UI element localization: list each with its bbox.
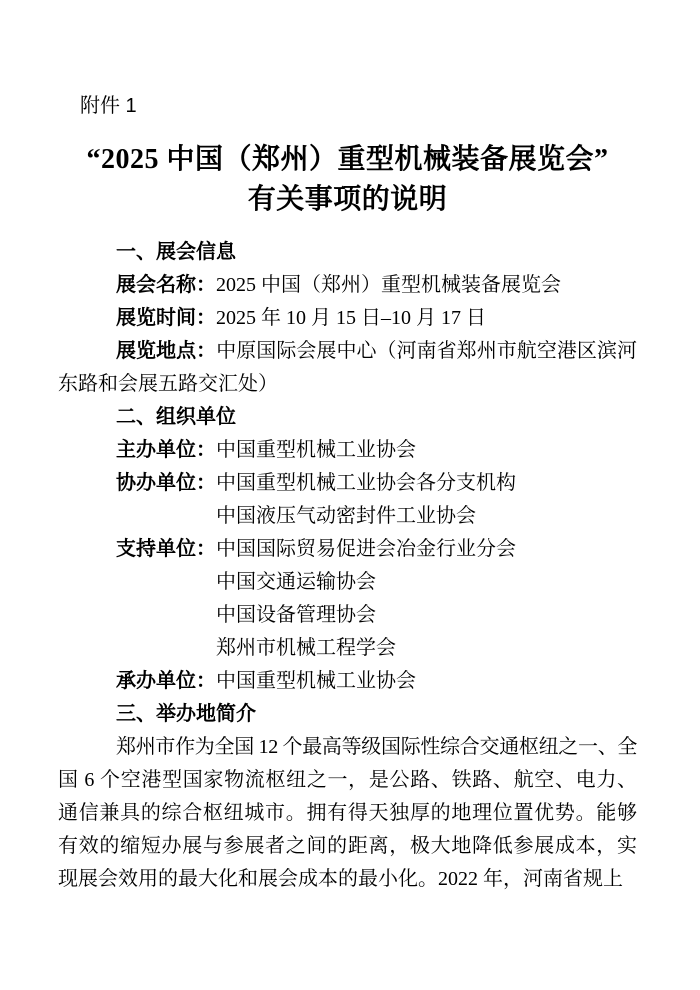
field-value-cohost-unit-2: 中国液压气动密封件工业协会 [58, 500, 637, 533]
field-value-support-unit-3: 中国设备管理协会 [58, 599, 637, 632]
paragraph-line-2: 国 6 个空港型国家物流枢纽之一，是公路、铁路、航空、电力、 [58, 764, 637, 797]
paragraph-line-3: 通信兼具的综合枢纽城市。拥有得天独厚的地理位置优势。能够 [58, 797, 637, 830]
document-title: “2025 中国（郑州）重型机械装备展览会” 有关事项的说明 [58, 140, 637, 220]
document-page: 附件 1 “2025 中国（郑州）重型机械装备展览会” 有关事项的说明 一、展会… [0, 0, 700, 990]
section-heading-info: 一、展会信息 [58, 236, 637, 269]
field-value-support-unit-2: 中国交通运输协会 [58, 566, 637, 599]
field-label-cohost-unit: 协办单位： [116, 472, 216, 494]
paragraph-line-5: 现展会效用的最大化和展会成本的最小化。2022 年，河南省规上 [58, 863, 637, 896]
section-heading-venue-intro: 三、举办地简介 [58, 698, 637, 731]
field-value-cohost-unit-1: 中国重型机械工业协会各分支机构 [216, 472, 516, 494]
field-label-organizer-unit: 承办单位： [116, 670, 216, 692]
field-label-exhibition-time: 展览时间： [116, 307, 216, 329]
attachment-label: 附件 1 [58, 93, 637, 119]
field-value-host-unit: 中国重型机械工业协会 [216, 439, 416, 461]
info-row-venue-line1: 展览地点：中原国际会展中心（河南省郑州市航空港区滨河 [58, 335, 637, 368]
document-body: 一、展会信息 展会名称：2025 中国（郑州）重型机械装备展览会 展览时间：20… [58, 236, 637, 896]
info-row-venue-line2: 东路和会展五路交汇处） [58, 368, 637, 401]
section-heading-org: 二、组织单位 [58, 401, 637, 434]
field-label-exhibition-name: 展会名称： [116, 274, 216, 296]
field-label-support-unit: 支持单位： [116, 538, 216, 560]
field-value-organizer-unit: 中国重型机械工业协会 [216, 670, 416, 692]
field-value-exhibition-name: 2025 中国（郑州）重型机械装备展览会 [216, 274, 561, 296]
field-label-exhibition-venue: 展览地点： [116, 340, 216, 362]
org-row-support: 支持单位：中国国际贸易促进会冶金行业分会 [58, 533, 637, 566]
info-row-name: 展会名称：2025 中国（郑州）重型机械装备展览会 [58, 269, 637, 302]
org-row-organizer: 承办单位：中国重型机械工业协会 [58, 665, 637, 698]
field-value-support-unit-4: 郑州市机械工程学会 [58, 632, 637, 665]
paragraph-line-4: 有效的缩短办展与参展者之间的距离，极大地降低参展成本，实 [58, 830, 637, 863]
field-value-exhibition-time: 2025 年 10 月 15 日–10 月 17 日 [216, 307, 486, 329]
field-value-exhibition-venue-line1: 中原国际会展中心（河南省郑州市航空港区滨河 [216, 340, 637, 362]
document-title-line2: 有关事项的说明 [58, 180, 637, 220]
info-row-time: 展览时间：2025 年 10 月 15 日–10 月 17 日 [58, 302, 637, 335]
field-label-host-unit: 主办单位： [116, 439, 216, 461]
field-value-support-unit-1: 中国国际贸易促进会冶金行业分会 [216, 538, 516, 560]
org-row-host: 主办单位：中国重型机械工业协会 [58, 434, 637, 467]
org-row-cohost: 协办单位：中国重型机械工业协会各分支机构 [58, 467, 637, 500]
document-title-line1: “2025 中国（郑州）重型机械装备展览会” [58, 140, 637, 180]
paragraph-line-1: 郑州市作为全国 12 个最高等级国际性综合交通枢纽之一、全 [58, 731, 637, 764]
